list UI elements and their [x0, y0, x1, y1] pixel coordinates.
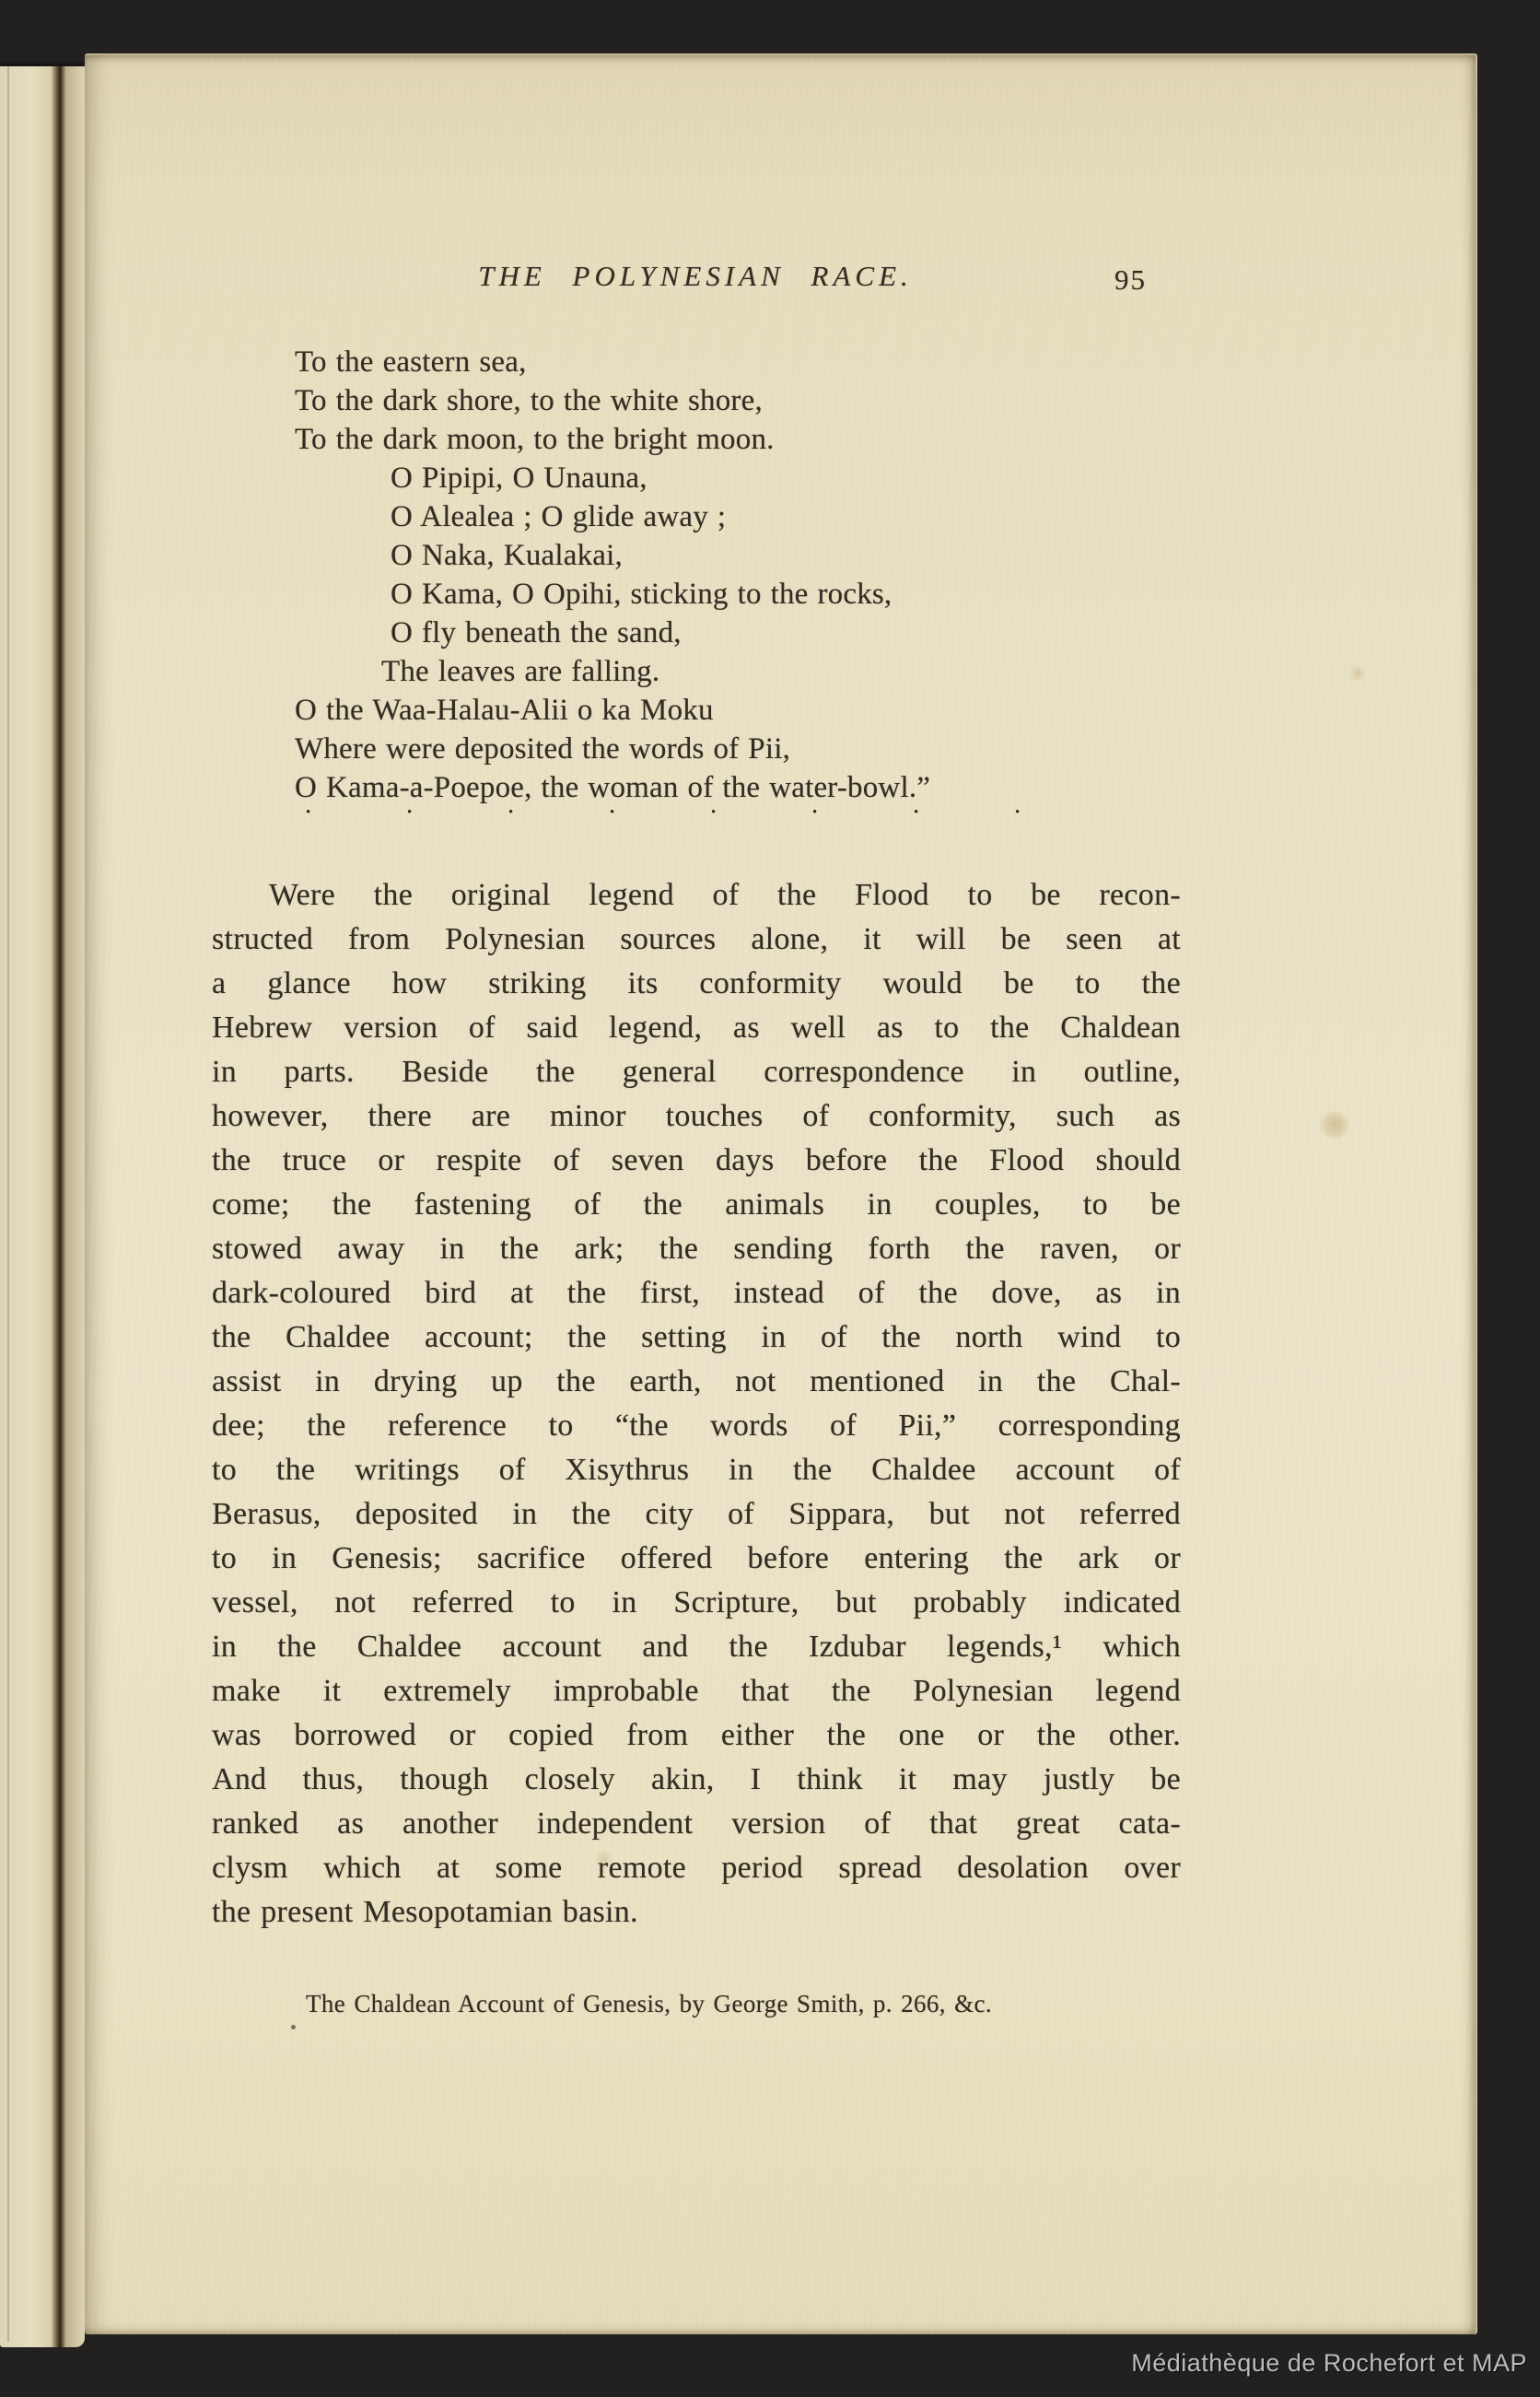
poem-line: O Kama-a-Poepoe, the woman of the water-… — [295, 768, 1308, 807]
watermark: Médiathèque de Rochefort et MAP — [1131, 2349, 1527, 2378]
paragraph-line: in the Chaldee account and the Izdubar l… — [212, 1625, 1181, 1669]
running-header: THE POLYNESIAN RACE. — [212, 260, 1179, 293]
poem-line: O Naka, Kualakai, — [295, 536, 1308, 575]
paragraph-line: however, there are minor touches of conf… — [212, 1094, 1181, 1139]
paragraph-line: dee; the reference to “the words of Pii,… — [212, 1404, 1181, 1448]
running-header-title: THE POLYNESIAN RACE. — [478, 260, 913, 293]
page-number: 95 — [1114, 263, 1147, 297]
poem-line: O Pipipi, O Unauna, — [295, 459, 1308, 497]
paragraph-line: in parts. Beside the general corresponde… — [212, 1050, 1181, 1094]
paragraph-line: Were the original legend of the Flood to… — [212, 873, 1181, 918]
poem-line: O the Waa-Halau-Alii o ka Moku — [295, 691, 1308, 730]
paragraph-line: ranked as another independent version of… — [212, 1802, 1181, 1846]
poem-line: To the dark moon, to the bright moon. — [295, 420, 1308, 459]
paragraph-line: to the writings of Xisythrus in the Chal… — [212, 1448, 1181, 1492]
poem-line: The leaves are falling. — [295, 652, 1308, 691]
poem-line: To the dark shore, to the white shore, — [295, 381, 1308, 420]
paragraph-line: make it extremely improbable that the Po… — [212, 1669, 1181, 1713]
poem-line: Where were deposited the words of Pii, — [295, 730, 1308, 768]
paragraph-line: vessel, not referred to in Scripture, bu… — [212, 1581, 1181, 1625]
book-page-edges — [0, 66, 85, 2347]
footnote-marker-dot — [291, 2025, 296, 2029]
paragraph-line: the present Mesopotamian basin. — [212, 1890, 1181, 1935]
poem-line: O Kama, O Opihi, sticking to the rocks, — [295, 575, 1308, 614]
poem-block: To the eastern sea, To the dark shore, t… — [295, 343, 1308, 807]
paragraph-line: stowed away in the ark; the sending fort… — [212, 1227, 1181, 1271]
section-separator-dots: • • • • • • • • — [306, 803, 1020, 822]
poem-line: O fly beneath the sand, — [295, 614, 1308, 652]
paragraph-line: And thus, though closely akin, I think i… — [212, 1758, 1181, 1802]
paper-stain — [1319, 1111, 1350, 1139]
paragraph-line: to in Genesis; sacrifice offered before … — [212, 1537, 1181, 1581]
paragraph-line: a glance how striking its conformity wou… — [212, 962, 1181, 1006]
poem-line: O Alealea ; O glide away ; — [295, 497, 1308, 536]
scanned-book-page: THE POLYNESIAN RACE. 95 To the eastern s… — [0, 0, 1540, 2397]
main-paragraph: Were the original legend of the Flood to… — [212, 873, 1181, 1935]
paper-stain — [1348, 665, 1367, 682]
paragraph-line: Berasus, deposited in the city of Sippar… — [212, 1492, 1181, 1537]
paragraph-line: Hebrew version of said legend, as well a… — [212, 1006, 1181, 1050]
poem-line: To the eastern sea, — [295, 343, 1308, 381]
paragraph-line: the truce or respite of seven days befor… — [212, 1139, 1181, 1183]
paragraph-line: dark-coloured bird at the first, instead… — [212, 1271, 1181, 1315]
paragraph-line: was borrowed or copied from either the o… — [212, 1713, 1181, 1758]
paragraph-line: assist in drying up the earth, not menti… — [212, 1360, 1181, 1404]
paragraph-line: structed from Polynesian sources alone, … — [212, 918, 1181, 962]
page-edge-crease — [7, 66, 9, 2342]
paragraph-line: come; the fastening of the animals in co… — [212, 1183, 1181, 1227]
paragraph-line: the Chaldee account; the setting in of t… — [212, 1315, 1181, 1360]
paragraph-line: clysm which at some remote period spread… — [212, 1846, 1181, 1890]
footnote: The Chaldean Account of Genesis, by Geor… — [306, 1990, 992, 2018]
book-page: THE POLYNESIAN RACE. 95 To the eastern s… — [85, 53, 1477, 2334]
